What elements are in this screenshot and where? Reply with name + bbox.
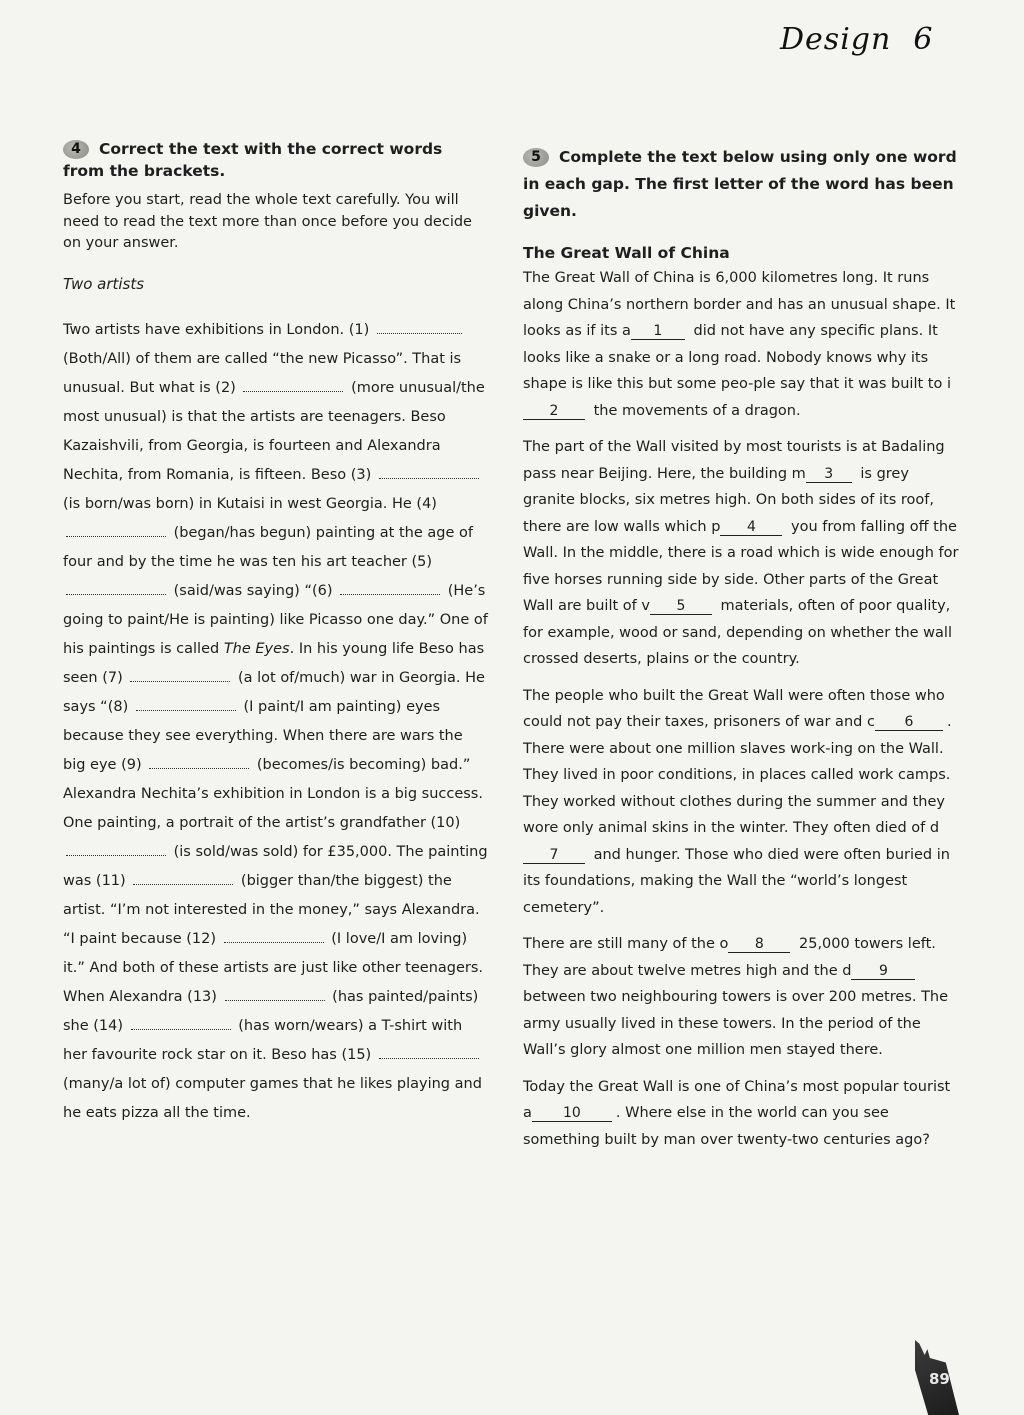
answer-gap-1[interactable]: 1 bbox=[631, 323, 685, 340]
answer-gap-2[interactable] bbox=[243, 377, 343, 392]
answer-gap-9[interactable] bbox=[149, 754, 249, 769]
answer-gap-5[interactable]: 5 bbox=[650, 598, 712, 615]
task-number-badge: 5 bbox=[523, 148, 549, 167]
answer-gap-13[interactable] bbox=[225, 986, 325, 1001]
task-4-title: 4Correct the text with the correct words… bbox=[63, 138, 488, 182]
task-4-section: 4Correct the text with the correct words… bbox=[63, 138, 488, 1128]
answer-gap-4[interactable]: 4 bbox=[720, 519, 782, 536]
paragraph-4: There are still many of the o8 25,000 to… bbox=[523, 931, 963, 1064]
task-4-text-title: Two artists bbox=[63, 273, 488, 295]
paragraph-2: The part of the Wall visited by most tou… bbox=[523, 434, 963, 673]
page-number: 89 bbox=[929, 1370, 950, 1388]
task-5-section: 5Complete the text below using only one … bbox=[523, 144, 963, 1163]
task-number-badge: 4 bbox=[63, 140, 89, 159]
paragraph-3: The people who built the Great Wall were… bbox=[523, 683, 963, 922]
answer-gap-11[interactable] bbox=[133, 870, 233, 885]
painting-title: The Eyes bbox=[224, 641, 290, 657]
answer-gap-2[interactable]: 2 bbox=[523, 403, 585, 420]
answer-gap-7[interactable] bbox=[130, 667, 230, 682]
answer-gap-14[interactable] bbox=[131, 1015, 231, 1030]
task-5-text-title: The Great Wall of China bbox=[523, 241, 963, 265]
page-number-tab: 89 bbox=[915, 1340, 959, 1415]
task-5-title: 5Complete the text below using only one … bbox=[523, 144, 963, 225]
answer-gap-15[interactable] bbox=[379, 1044, 479, 1059]
task-4-text: Two artists have exhibitions in London. … bbox=[63, 316, 488, 1128]
answer-gap-6[interactable]: 6 bbox=[875, 714, 943, 731]
answer-gap-3[interactable] bbox=[379, 464, 479, 479]
task-4-instructions: Before you start, read the whole text ca… bbox=[63, 190, 488, 255]
answer-gap-3[interactable]: 3 bbox=[806, 466, 852, 483]
answer-gap-4[interactable] bbox=[66, 522, 166, 537]
answer-gap-7[interactable]: 7 bbox=[523, 847, 585, 864]
unit-title: Design bbox=[780, 22, 891, 57]
answer-gap-10[interactable] bbox=[66, 841, 166, 856]
answer-gap-5[interactable] bbox=[66, 580, 166, 595]
answer-gap-6[interactable] bbox=[340, 580, 440, 595]
unit-number: 6 bbox=[913, 22, 933, 57]
answer-gap-1[interactable] bbox=[377, 319, 462, 334]
paragraph-1: The Great Wall of China is 6,000 kilomet… bbox=[523, 265, 963, 424]
answer-gap-9[interactable]: 9 bbox=[851, 963, 915, 980]
answer-gap-12[interactable] bbox=[224, 928, 324, 943]
paragraph-5: Today the Great Wall is one of China’s m… bbox=[523, 1074, 963, 1154]
answer-gap-8[interactable] bbox=[136, 696, 236, 711]
answer-gap-10[interactable]: 10 bbox=[532, 1105, 612, 1122]
unit-header: Design6 bbox=[780, 22, 933, 57]
answer-gap-8[interactable]: 8 bbox=[728, 936, 790, 953]
